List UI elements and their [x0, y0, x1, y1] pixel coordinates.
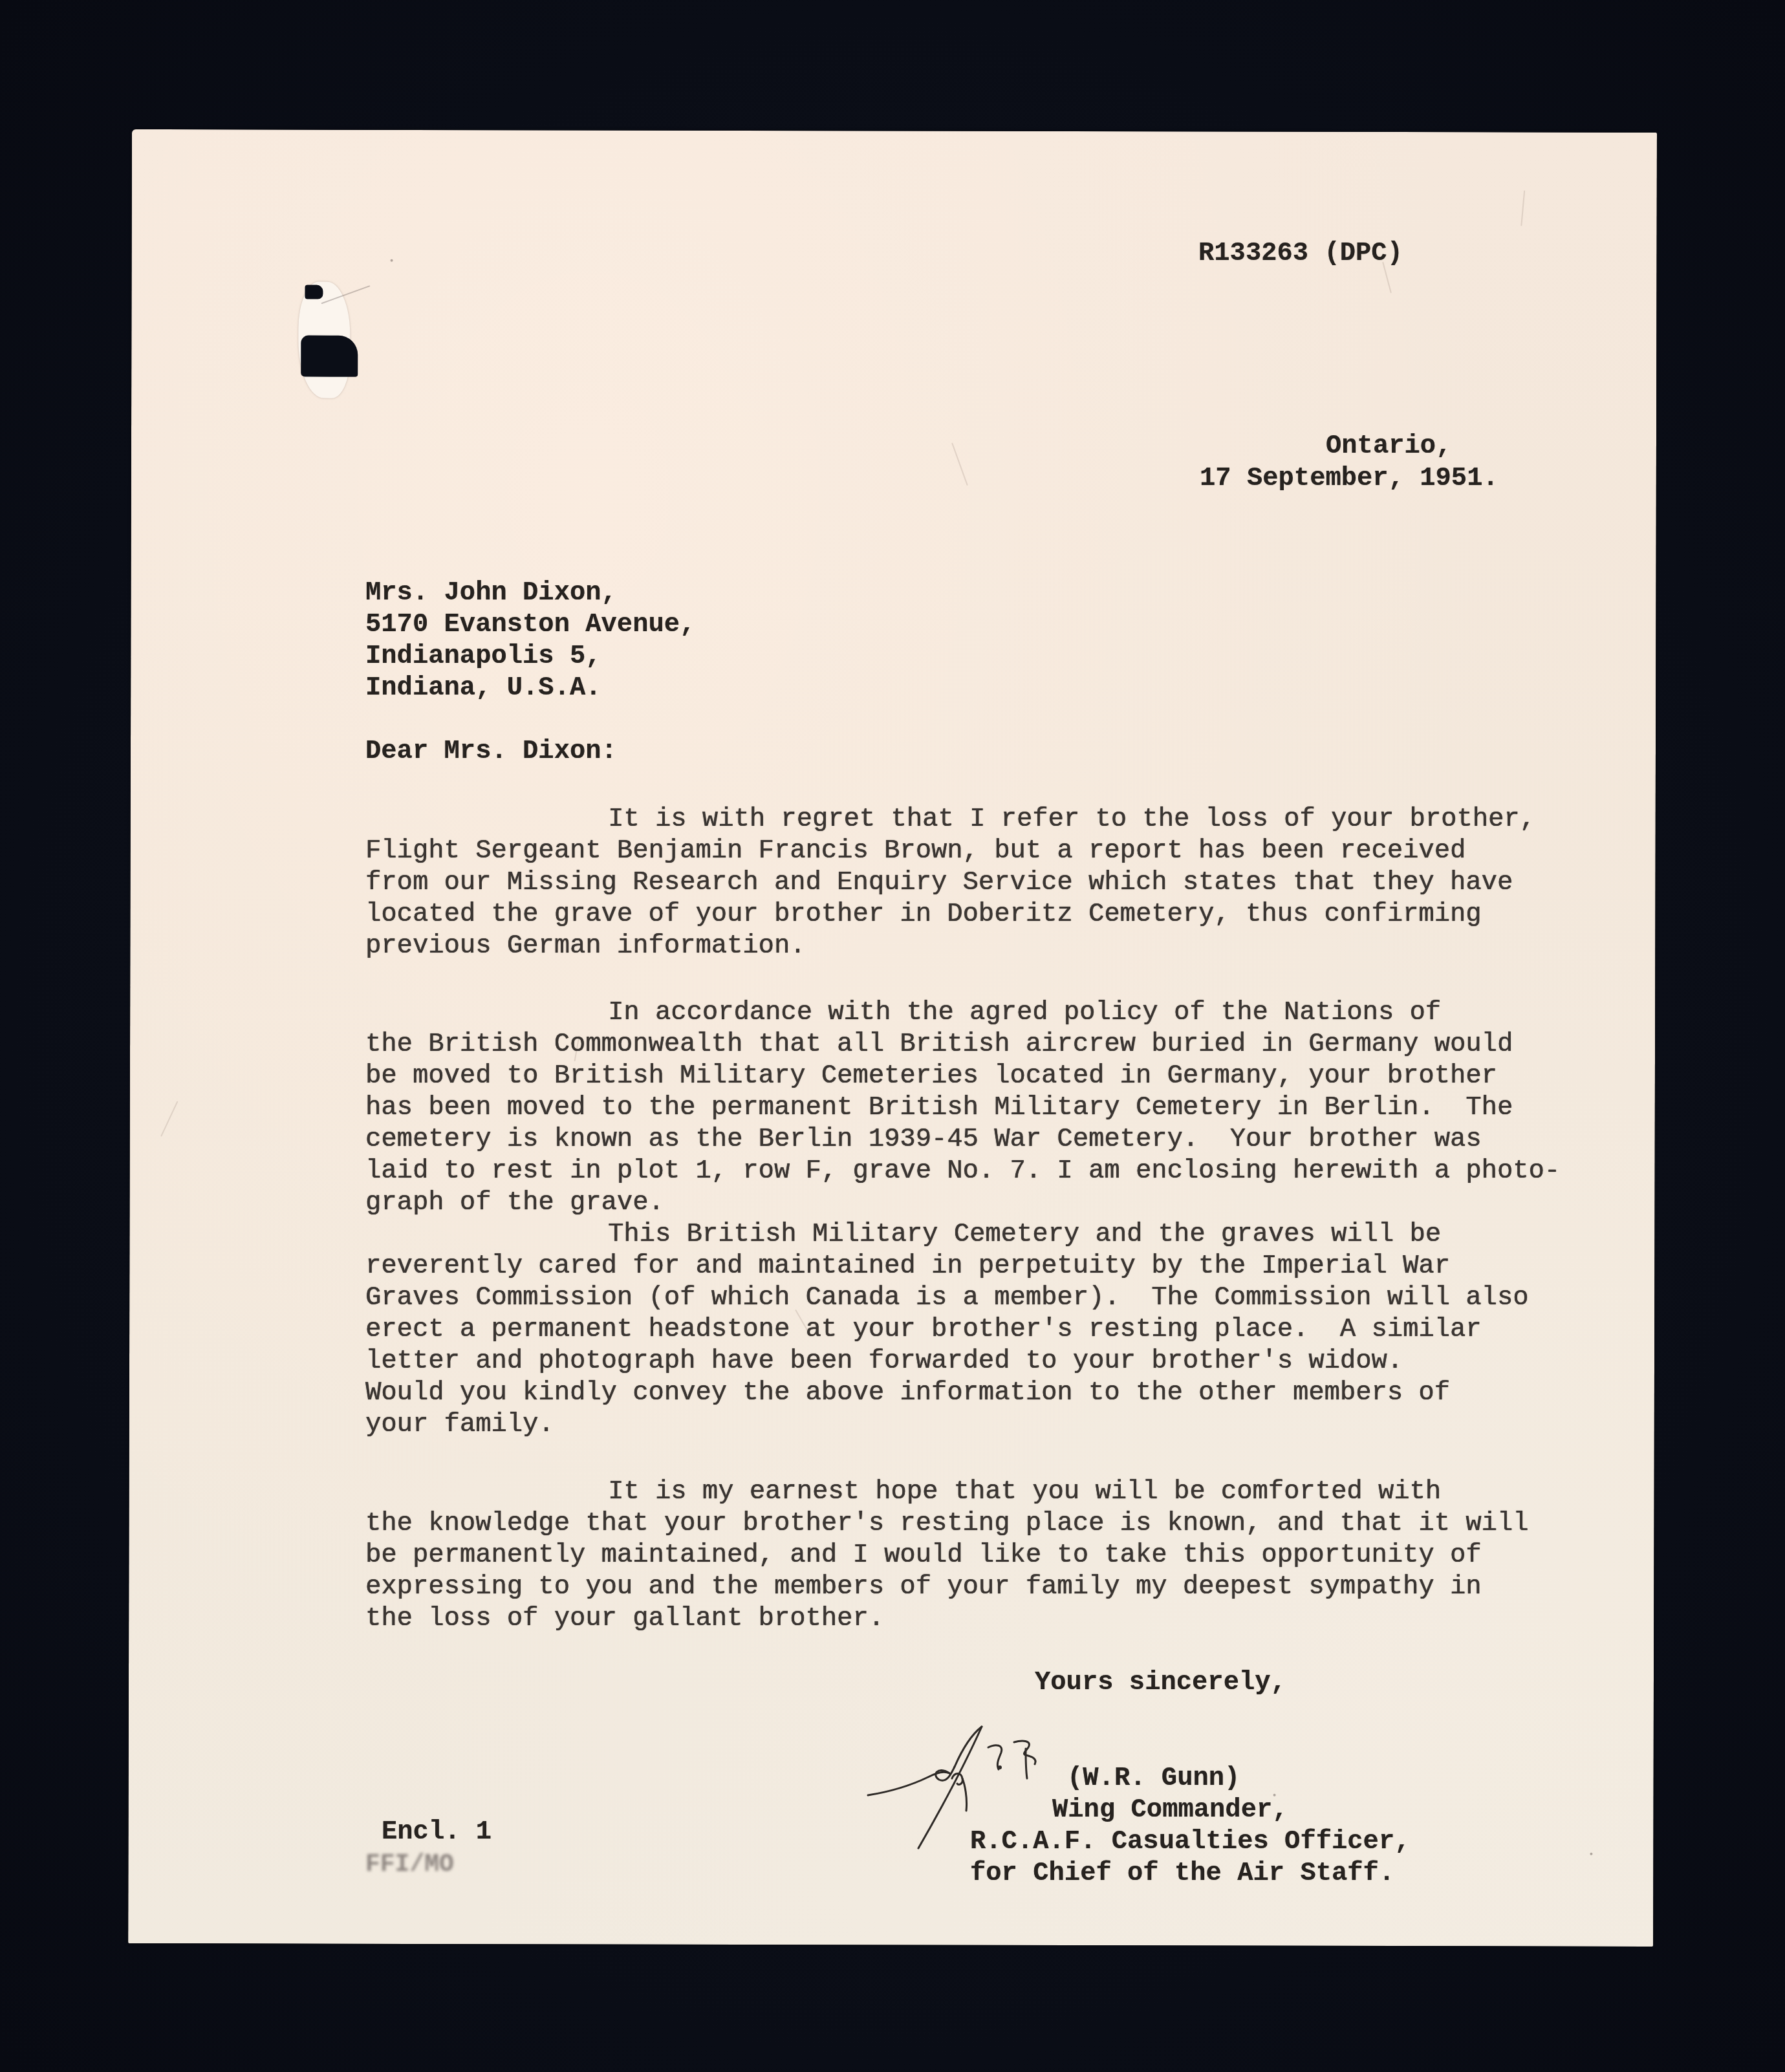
body-line: graph of the grave. [365, 1187, 664, 1219]
address-line: Mrs. John Dixon, [365, 577, 617, 609]
body-line: erect a permanent headstone at your brot… [365, 1314, 1482, 1346]
body-line: reverently cared for and maintained in p… [365, 1251, 1450, 1282]
punch-hole-top [305, 285, 323, 299]
body-line: be moved to British Military Cemeteries … [365, 1061, 1497, 1092]
body-line: laid to rest in plot 1, row F, grave No.… [365, 1156, 1560, 1187]
body-line: Graves Commission (of which Canada is a … [365, 1282, 1529, 1314]
address-line: 5170 Evanston Avenue, [365, 609, 695, 641]
typist-initials: FFI/MO [365, 1851, 454, 1879]
punch-hole [301, 336, 358, 377]
body-line: located the grave of your brother in Dob… [365, 899, 1482, 931]
paper-fiber [160, 1101, 178, 1137]
paper-speck [1590, 1853, 1592, 1855]
signatory-on-behalf: for Chief of the Air Staff. [970, 1858, 1394, 1890]
body-line: It is with regret that I refer to the lo… [608, 804, 1535, 836]
body-line: your family. [365, 1409, 554, 1441]
body-line: the knowledge that your brother's restin… [365, 1508, 1529, 1540]
body-line: the loss of your gallant brother. [365, 1603, 884, 1635]
address-line: Indianapolis 5, [365, 641, 601, 673]
place: Ontario, [1326, 431, 1451, 462]
signatory-title: R.C.A.F. Casualties Officer, [970, 1826, 1411, 1858]
date: 17 September, 1951. [1200, 463, 1498, 495]
body-line: cemetery is known as the Berlin 1939-45 … [365, 1124, 1482, 1156]
body-line: be permanently maintained, and I would l… [365, 1540, 1482, 1571]
body-line: from our Missing Research and Enquiry Se… [365, 867, 1513, 899]
body-line: the British Commonwealth that all Britis… [365, 1029, 1513, 1061]
signatory-name: (W.R. Gunn) [1067, 1763, 1240, 1795]
body-line: In accordance with the agred policy of t… [608, 997, 1441, 1029]
paper-speck [391, 259, 393, 262]
signatory-rank: Wing Commander, [1052, 1795, 1288, 1826]
body-line: has been moved to the permanent British … [365, 1092, 1513, 1124]
reference-number: R133263 (DPC) [1198, 238, 1403, 270]
body-line: It is my earnest hope that you will be c… [608, 1476, 1441, 1508]
paper-fiber [1520, 191, 1525, 226]
closing: Yours sincerely, [1035, 1667, 1286, 1699]
body-line: Would you kindly convey the above inform… [365, 1377, 1450, 1409]
salutation: Dear Mrs. Dixon: [365, 736, 617, 768]
address-line: Indiana, U.S.A. [365, 673, 601, 704]
body-line: Flight Sergeant Benjamin Francis Brown, … [365, 836, 1466, 867]
body-line: previous German information. [365, 931, 806, 962]
body-line: expressing to you and the members of you… [365, 1571, 1482, 1603]
body-line: This British Military Cemetery and the g… [608, 1219, 1441, 1251]
enclosure-note: Encl. 1 [382, 1817, 492, 1848]
body-line: letter and photograph have been forwarde… [365, 1346, 1403, 1377]
paper-fiber [951, 442, 968, 486]
